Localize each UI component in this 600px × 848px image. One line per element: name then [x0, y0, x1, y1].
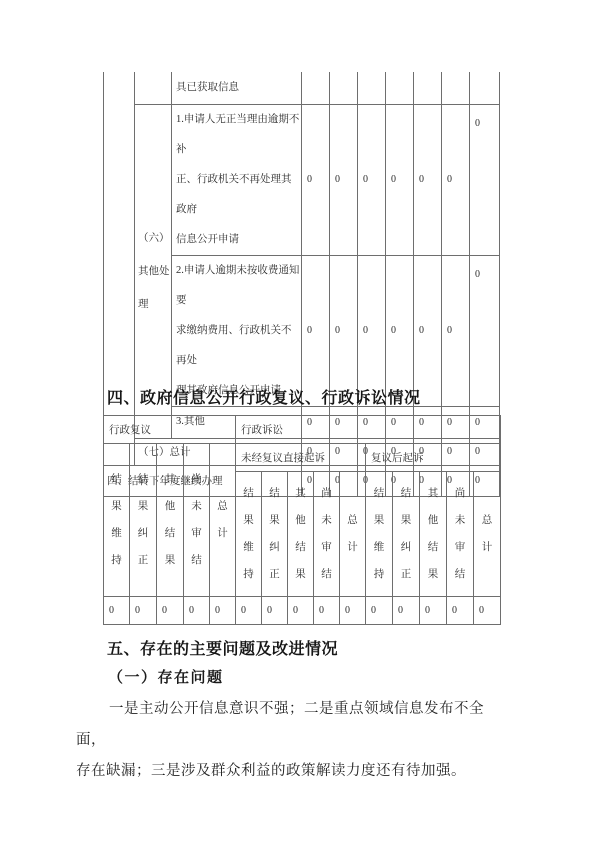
value-cell: 0 — [386, 255, 414, 406]
value-cell: 0 — [302, 255, 330, 406]
reconsideration-litigation-table: 行政复议 行政诉讼 结果维持 结果纠正 其他结果 尚未审结 总计 未经复议直接起… — [103, 415, 501, 625]
value-cell: 0 — [210, 597, 236, 625]
column-header-text: 结果维持 — [243, 480, 254, 588]
value-cell: 0 — [366, 597, 393, 625]
column-header-cell: 尚未审结 — [447, 472, 474, 597]
column-header-text: 总计 — [482, 507, 493, 561]
column-header-cell: 结果纠正 — [262, 472, 288, 597]
column-header-text: 结果维持 — [374, 480, 385, 588]
empty-cell — [358, 72, 386, 104]
value-cell: 0 — [184, 597, 210, 625]
empty-cell — [470, 72, 500, 104]
item-desc-cell: 1.申请人无正当理由逾期不补 正、行政机关不再处理其政府 信息公开申请 — [172, 104, 302, 255]
value-cell: 0 — [420, 597, 447, 625]
column-header-text: 总计 — [347, 507, 358, 561]
column-header-cell: 结果纠正 — [393, 472, 420, 597]
value-cell: 0 — [157, 597, 184, 625]
empty-cell — [414, 72, 442, 104]
column-header-cell: 尚未审结 — [314, 472, 340, 597]
value-cell: 0 — [314, 597, 340, 625]
value-cell: 0 — [288, 597, 314, 625]
column-header-cell: 尚未审结 — [184, 444, 210, 597]
document-page: 具已获取信息 （六） 其他处 理 1.申请人无正当理由逾期不补 正、行政机关不再… — [0, 0, 600, 848]
value-cell: 0 — [414, 104, 442, 255]
value-cell: 0 — [104, 597, 130, 625]
value-cell: 0 — [358, 104, 386, 255]
carryover-text-cell: 具已获取信息 — [172, 72, 302, 104]
value-cell: 0 — [447, 597, 474, 625]
column-header-text: 其他结果 — [428, 480, 439, 588]
table-row: 具已获取信息 — [104, 72, 500, 104]
review-header-cell: 行政复议 — [104, 416, 236, 444]
table-row: （六） 其他处 理 1.申请人无正当理由逾期不补 正、行政机关不再处理其政府 信… — [104, 104, 500, 255]
value-cell: 0 — [130, 597, 157, 625]
column-header-text: 总计 — [217, 493, 228, 547]
value-cell: 0 — [236, 597, 262, 625]
value-cell: 0 — [414, 255, 442, 406]
column-header-text: 其他结果 — [295, 480, 306, 588]
column-header-cell: 其他结果 — [288, 472, 314, 597]
empty-cell — [302, 72, 330, 104]
column-header-cell: 结果维持 — [366, 472, 393, 597]
section5-paragraph: 一是主动公开信息意识不强；二是重点领域信息发布不全面， 存在缺漏；三是涉及群众利… — [76, 694, 509, 787]
value-cell: 0 — [340, 597, 366, 625]
table-row: 行政复议 行政诉讼 — [104, 416, 501, 444]
value-cell: 0 — [470, 255, 500, 406]
value-cell: 0 — [393, 597, 420, 625]
value-cell: 0 — [358, 255, 386, 406]
column-header-cell: 总计 — [210, 444, 236, 597]
section4-heading: 四、政府信息公开行政复议、行政诉讼情况 — [107, 385, 421, 408]
column-header-text: 尚未审结 — [455, 480, 466, 588]
section5-subheading: （一）存在问题 — [108, 666, 224, 687]
column-header-cell: 其他结果 — [157, 444, 184, 597]
column-header-text: 结果纠正 — [138, 466, 149, 574]
value-cell: 0 — [442, 255, 470, 406]
value-cell: 0 — [302, 104, 330, 255]
value-cell: 0 — [474, 597, 501, 625]
column-header-cell: 结果纠正 — [130, 444, 157, 597]
item-desc-cell: 2.申请人逾期未按收费通知要 求缴纳费用、行政机关不再处 理其政府信息公开申请 — [172, 255, 302, 406]
value-cell: 0 — [330, 255, 358, 406]
value-cell: 0 — [470, 104, 500, 255]
after-review-suit-header-cell: 复议后起诉 — [366, 444, 501, 472]
empty-cell — [135, 72, 172, 104]
column-header-text: 其他结果 — [165, 466, 176, 574]
column-header-text: 结果纠正 — [269, 480, 280, 588]
table-row: 结果维持 结果纠正 其他结果 尚未审结 总计 未经复议直接起诉 复议后起诉 — [104, 444, 501, 472]
table-row: 0 0 0 0 0 0 0 0 0 0 0 0 0 0 0 — [104, 597, 501, 625]
empty-cell — [386, 72, 414, 104]
value-cell: 0 — [262, 597, 288, 625]
direct-suit-header-cell: 未经复议直接起诉 — [236, 444, 366, 472]
value-cell: 0 — [442, 104, 470, 255]
column-header-text: 尚未审结 — [191, 466, 202, 574]
column-header-text: 尚未审结 — [321, 480, 332, 588]
column-header-text: 结果纠正 — [401, 480, 412, 588]
value-cell: 0 — [330, 104, 358, 255]
column-header-cell: 总计 — [340, 472, 366, 597]
litigation-header-cell: 行政诉讼 — [236, 416, 501, 444]
empty-cell — [442, 72, 470, 104]
column-header-text: 结果维持 — [111, 466, 122, 574]
value-cell: 0 — [386, 104, 414, 255]
column-header-cell: 其他结果 — [420, 472, 447, 597]
section5-heading: 五、存在的主要问题及改进情况 — [107, 636, 338, 659]
column-header-cell: 结果维持 — [104, 444, 130, 597]
empty-cell — [330, 72, 358, 104]
column-header-cell: 总计 — [474, 472, 501, 597]
column-header-cell: 结果维持 — [236, 472, 262, 597]
